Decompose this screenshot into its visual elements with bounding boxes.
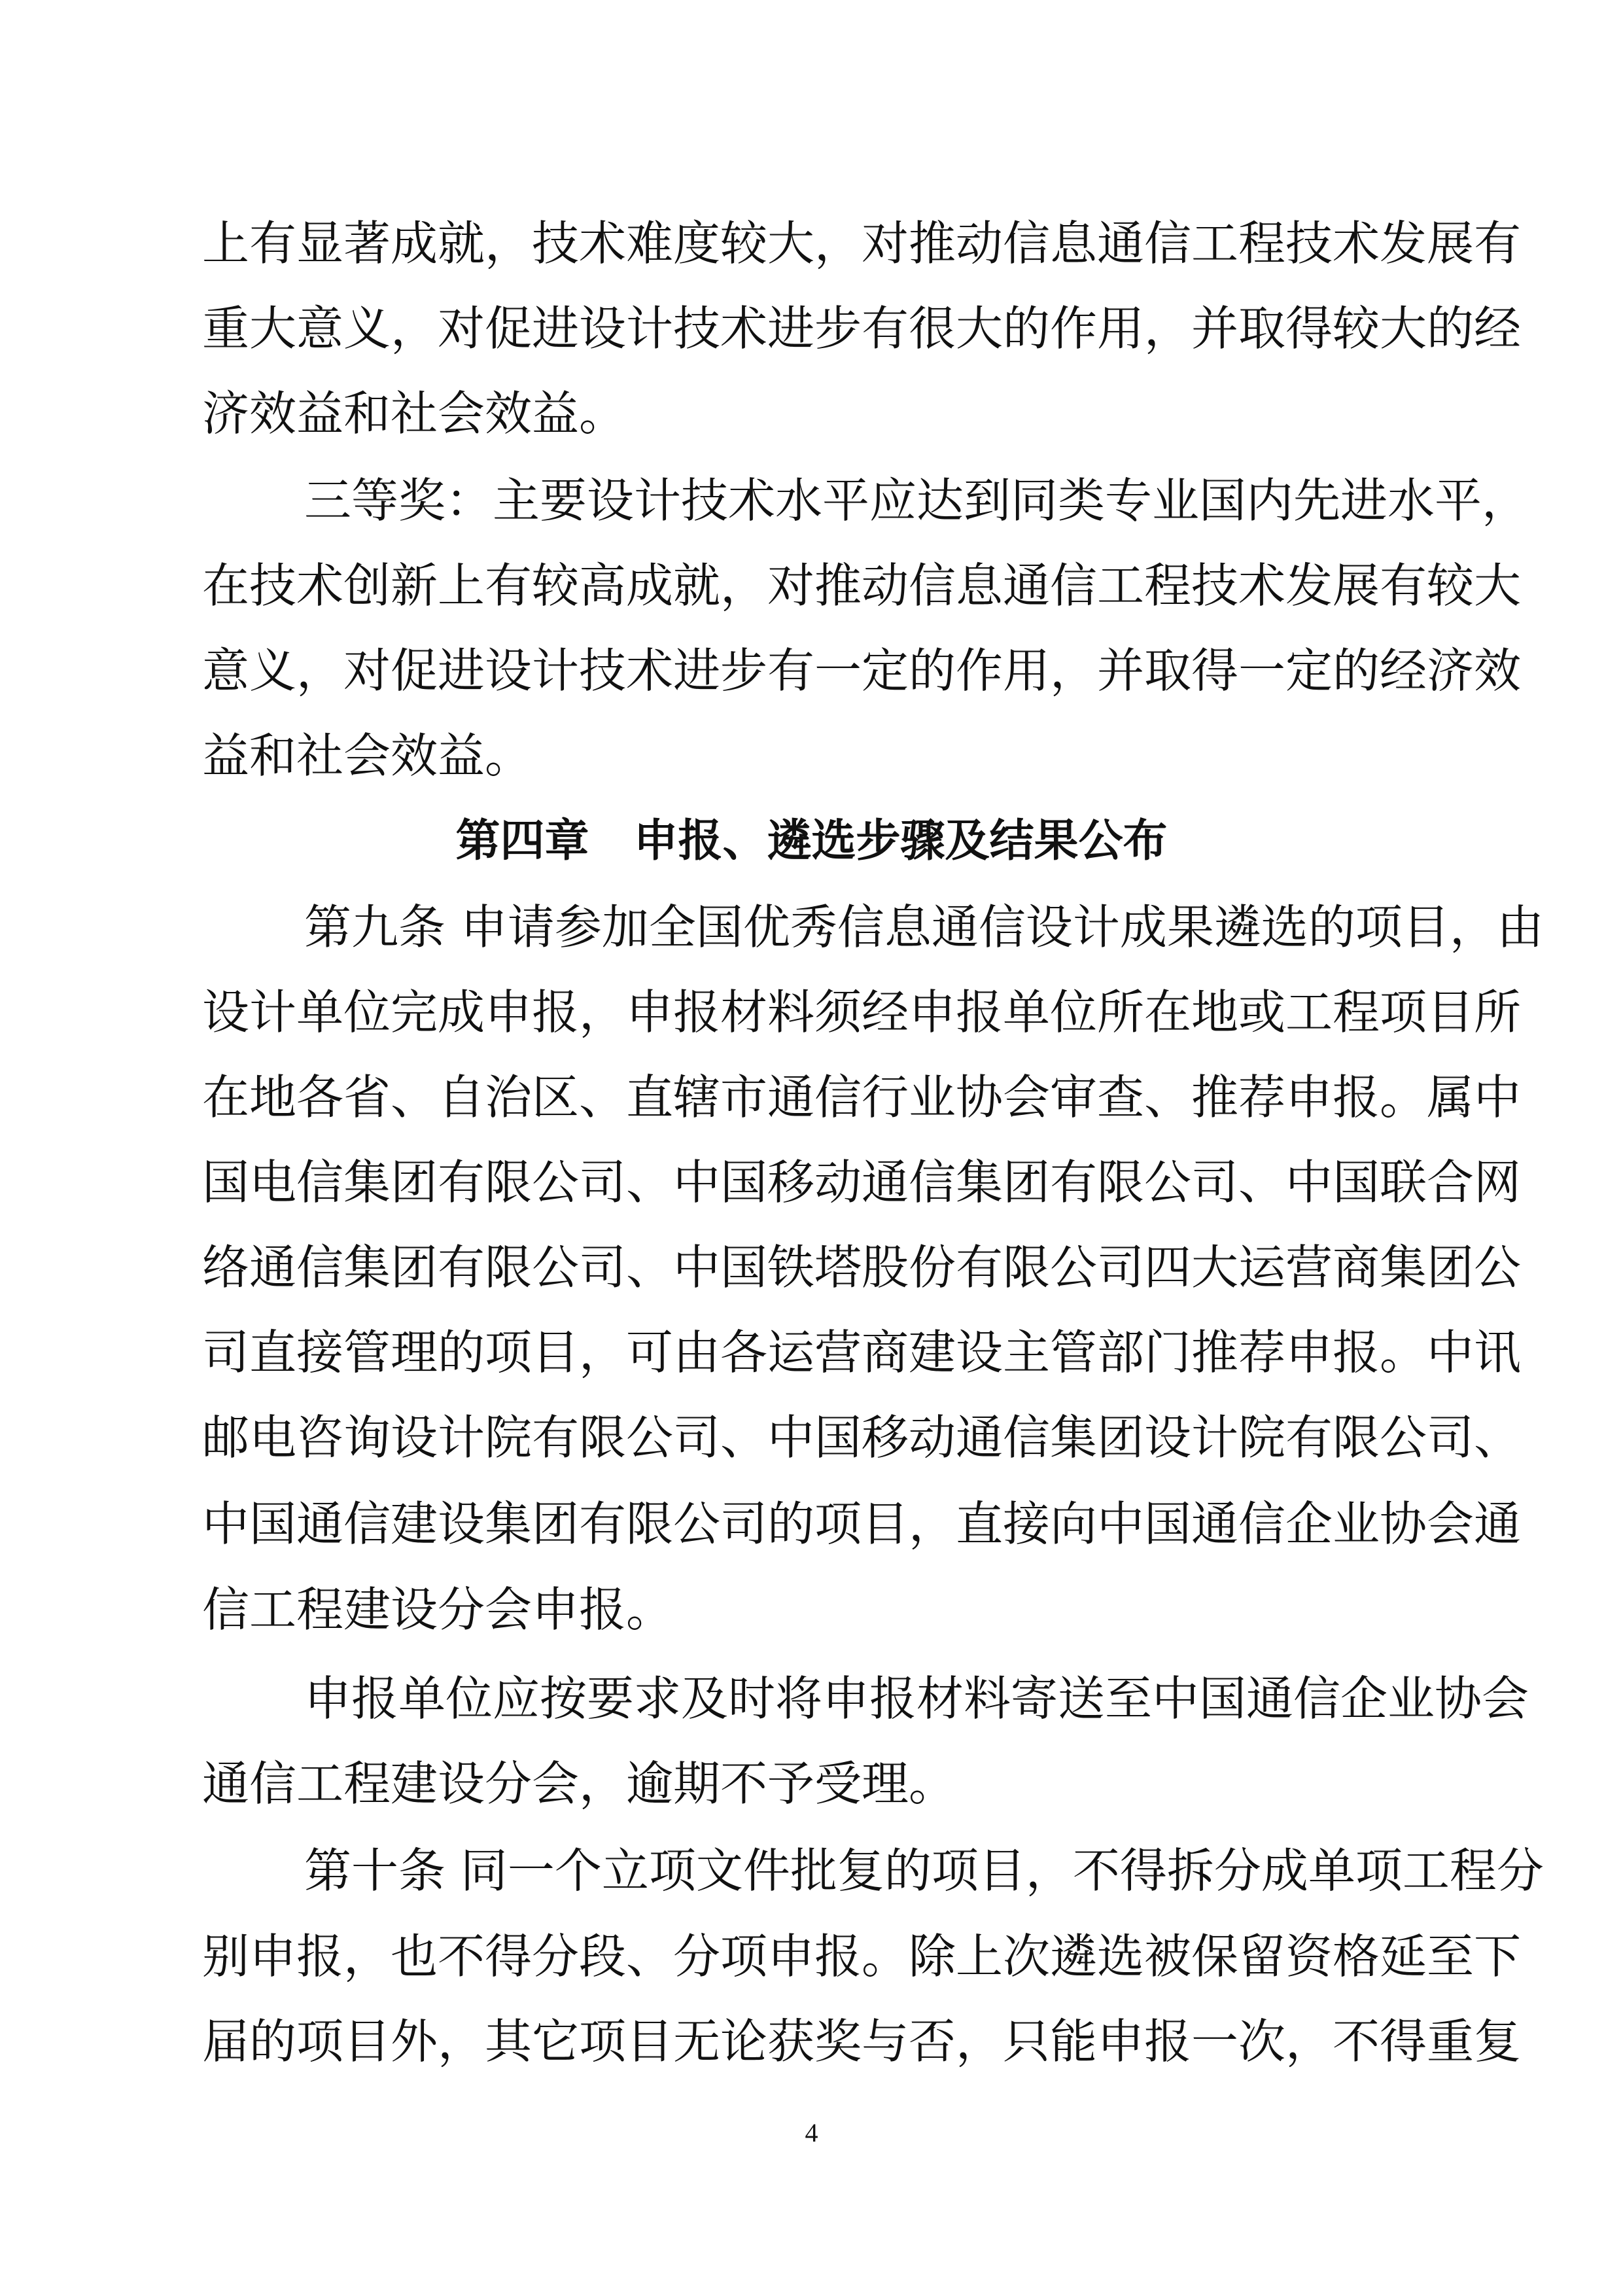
text-line: 设计单位完成申报，申报材料须经申报单位所在地或工程项目所 <box>202 980 1439 1045</box>
article-9-note-line: 申报单位应按要求及时将申报材料寄送至中国通信企业协会 <box>304 1666 1439 1731</box>
article-10-line: 第十条 同一个立项文件批复的项目，不得拆分成单项工程分 <box>304 1838 1439 1903</box>
article-9-line: 第九条 申请参加全国优秀信息通信设计成果遴选的项目，由 <box>304 894 1439 960</box>
text-line: 别申报，也不得分段、分项申报。除上次遴选被保留资格延至下 <box>202 1924 1439 1989</box>
text-line: 重大意义，对促进设计技术进步有很大的作用，并取得较大的经 <box>202 296 1439 361</box>
text-line: 届的项目外，其它项目无论获奖与否，只能申报一次，不得重复 <box>202 2009 1439 2074</box>
text-line: 意义，对促进设计技术进步有一定的作用，并取得一定的经济效 <box>202 638 1439 703</box>
text-line: 邮电咨询设计院有限公司、中国移动通信集团设计院有限公司、 <box>202 1405 1439 1470</box>
text-line: 中国通信建设集团有限公司的项目，直接向中国通信企业协会通 <box>202 1491 1439 1557</box>
text-line: 济效益和社会效益。 <box>202 381 1439 446</box>
chapter-heading: 第四章 申报、遴选步骤及结果公布 <box>0 809 1623 874</box>
text-line: 络通信集团有限公司、中国铁塔股份有限公司四大运营商集团公 <box>202 1235 1439 1300</box>
document-page: 上有显著成就，技术难度较大，对推动信息通信工程技术发展有 重大意义，对促进设计技… <box>0 0 1623 2296</box>
text-line: 通信工程建设分会，逾期不予受理。 <box>202 1751 1439 1816</box>
text-line: 国电信集团有限公司、中国移动通信集团有限公司、中国联合网 <box>202 1150 1439 1215</box>
text-line: 在地各省、自治区、直辖市通信行业协会审查、推荐申报。属中 <box>202 1065 1439 1130</box>
third-prize-line: 三等奖：主要设计技术水平应达到同类专业国内先进水平， <box>304 468 1439 533</box>
text-line: 在技术创新上有较高成就，对推动信息通信工程技术发展有较大 <box>202 553 1439 618</box>
text-line: 司直接管理的项目，可由各运营商建设主管部门推荐申报。中讯 <box>202 1320 1439 1385</box>
text-line: 信工程建设分会申报。 <box>202 1577 1439 1642</box>
text-line: 上有显著成就，技术难度较大，对推动信息通信工程技术发展有 <box>202 211 1439 276</box>
text-line: 益和社会效益。 <box>202 723 1439 788</box>
page-number: 4 <box>0 2117 1623 2149</box>
